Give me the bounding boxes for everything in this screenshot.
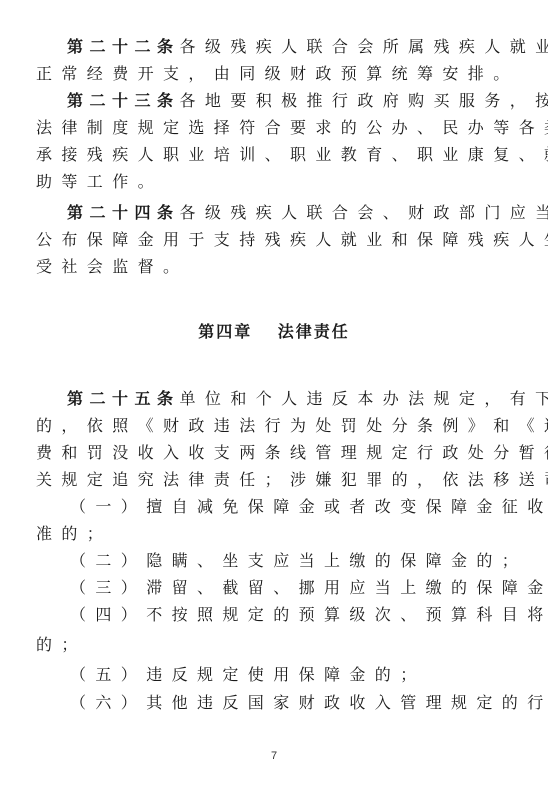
- article-22-line-1: 第二十二条各级残疾人联合会所属残疾人就业服务机构的: [67, 33, 537, 60]
- article-23-line-2: 法律制度规定选择符合要求的公办、民办等各类就业服务机构，: [36, 114, 506, 141]
- article-25-line-1: 第二十五条单位和个人违反本办法规定，有下列情形之一: [67, 385, 537, 412]
- article-22-line-2: 正常经费开支，由同级财政预算统筹安排。: [36, 60, 506, 87]
- item-1-line-2: 准的；: [36, 520, 506, 547]
- article-24-label: 第二十四条: [67, 203, 180, 222]
- article-23-label: 第二十三条: [67, 91, 180, 110]
- item-4-line-2: 的；: [36, 631, 506, 658]
- article-25-line-3: 费和罚没收入收支两条线管理规定行政处分暂行规定》等国家有: [36, 439, 506, 466]
- article-23-line-3: 承接残疾人职业培训、职业教育、职业康复、就业服务和就业援: [36, 141, 506, 168]
- page-number: 7: [0, 750, 548, 762]
- document-page: 第二十二条各级残疾人联合会所属残疾人就业服务机构的 正常经费开支，由同级财政预算…: [0, 0, 548, 800]
- chapter-heading: 第四章 法律责任: [0, 318, 548, 345]
- item-1-line-1: （一）擅自减免保障金或者改变保障金征收范围、对象和标: [70, 493, 540, 520]
- item-3: （三）滞留、截留、挪用应当上缴的保障金的；: [70, 574, 540, 601]
- article-25-line-2: 的，依照《财政违法行为处罚处分条例》和《违反行政事业性收: [36, 412, 506, 439]
- article-24-line-3: 受社会监督。: [36, 253, 506, 280]
- article-25-label: 第二十五条: [67, 389, 180, 408]
- article-22-label: 第二十二条: [67, 37, 180, 56]
- article-23-line-1: 第二十三条各地要积极推行政府购买服务，按照政府采购: [67, 87, 537, 114]
- item-5: （五）违反规定使用保障金的；: [70, 661, 540, 688]
- article-24-line-2: 公布保障金用于支持残疾人就业和保障残疾人生活支出情况，接: [36, 226, 506, 253]
- item-2: （二）隐瞒、坐支应当上缴的保障金的；: [70, 547, 540, 574]
- item-4-line-1: （四）不按照规定的预算级次、预算科目将保障金缴入国库: [70, 601, 540, 628]
- item-6: （六）其他违反国家财政收入管理规定的行为。: [70, 689, 540, 716]
- article-24-line-1: 第二十四条各级残疾人联合会、财政部门应当每年向社会: [67, 199, 537, 226]
- article-23-line-4: 助等工作。: [36, 168, 506, 195]
- article-25-line-4: 关规定追究法律责任；涉嫌犯罪的，依法移送司法机关处理：: [36, 466, 506, 493]
